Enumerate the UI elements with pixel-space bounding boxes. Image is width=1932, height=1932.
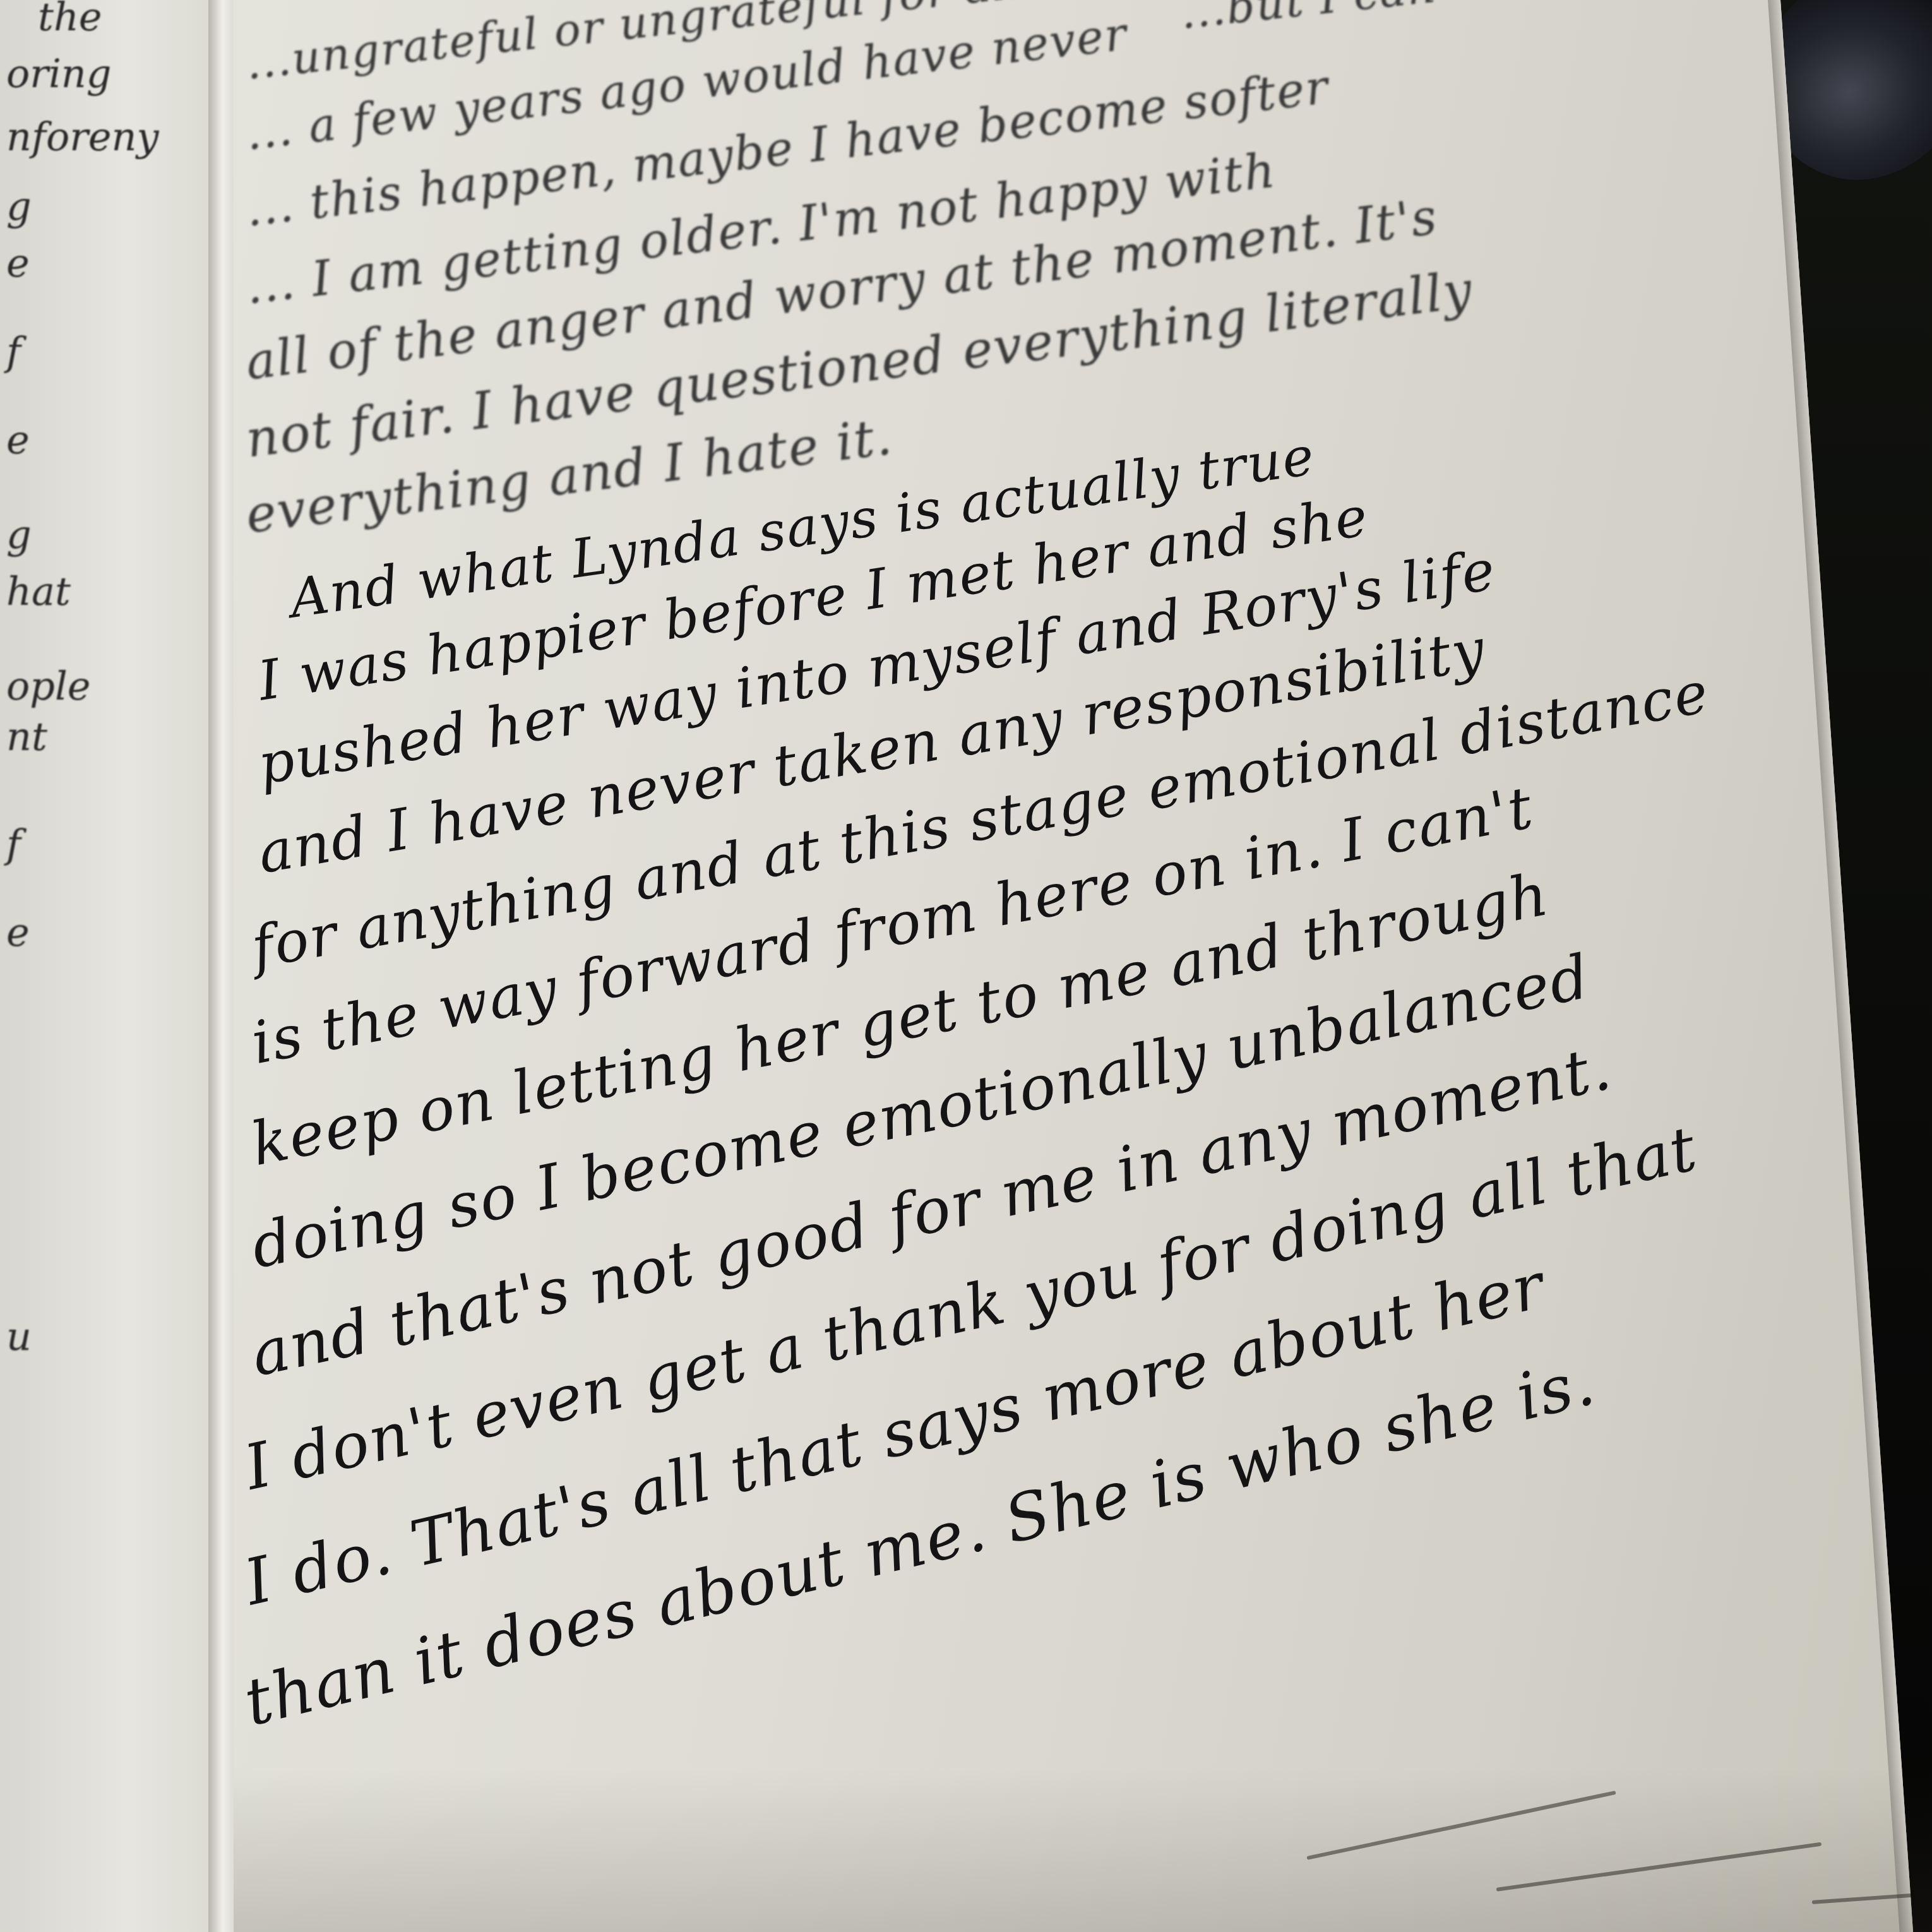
left-page-fragment: the — [38, 0, 102, 40]
left-page-fragment: g — [6, 511, 32, 558]
left-page-fragment: nforeny — [6, 114, 159, 160]
left-page-fragment: hat — [6, 568, 71, 614]
left-page-fragment: ople — [6, 663, 91, 709]
bottom-shadow — [234, 1768, 1932, 1932]
left-page-fragment: e — [6, 240, 30, 286]
left-page-fragment: g — [6, 183, 32, 229]
left-page-fragment: e — [6, 417, 30, 463]
notebook-photo: the oring nforeny g e f e g hat ople nt … — [0, 0, 1932, 1932]
left-page-fragment: oring — [6, 51, 111, 97]
left-page-fragment: u — [6, 1313, 32, 1359]
left-page-fragment: f — [6, 821, 21, 867]
left-page-fragment: nt — [6, 713, 47, 760]
right-page: ...but I can ...ungrateful or ungrateful… — [234, 0, 1913, 1932]
handwritten-line: ...but I can — [1178, 0, 1439, 39]
left-page: the oring nforeny g e f e g hat ople nt … — [0, 0, 215, 1932]
left-page-fragment: e — [6, 909, 30, 955]
left-page-fragment: f — [6, 328, 21, 374]
